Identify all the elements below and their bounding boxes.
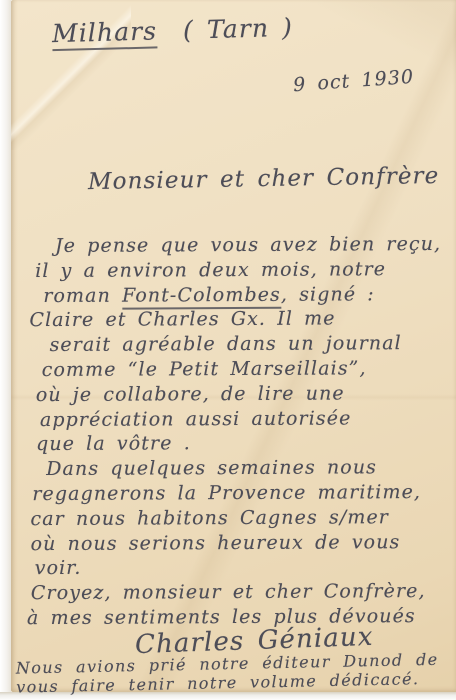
letter-line: Je pense que vous avez bien reçu, — [55, 232, 451, 259]
letter-place-region: ( Tarn ) — [183, 13, 294, 45]
letter-line: Croyez, monsieur et cher Confrère, — [31, 579, 453, 606]
scanned-letter: Milhars( Tarn ) 9 oct 1930 Monsieur et c… — [0, 0, 456, 700]
letter-line-segment: roman — [43, 284, 122, 306]
letter-line: roman Font-Colombes, signé : — [43, 281, 451, 308]
letter-line-underlined-title: Font-Colombes — [122, 283, 281, 309]
letter-line: comme “le Petit Marseillais”, — [42, 356, 452, 383]
letter-line: où je collabore, de lire une — [36, 381, 452, 408]
letter-line: voir. — [35, 554, 453, 581]
letter-body: Je pense que vous avez bien reçu, il y a… — [23, 232, 453, 631]
letter-place-name: Milhars — [52, 16, 158, 51]
scan-margin-left — [0, 0, 11, 700]
letter-line: que la vôtre . — [36, 430, 452, 457]
letter-line: Claire et Charles Gx. Il me — [29, 306, 451, 333]
letter-line: car nous habitons Cagnes s/mer — [30, 505, 452, 532]
letter-line: serait agréable dans un journal — [49, 331, 451, 358]
letter-line: appréciation aussi autorisée — [40, 405, 452, 432]
letter-line: où nous serions heureux de vous — [31, 529, 453, 556]
letter-line-segment: , signé : — [281, 283, 375, 305]
letter-line: Dans quelques semaines nous — [46, 455, 452, 482]
letter-line: il y a environ deux mois, notre — [35, 257, 451, 284]
letter-line: regagnerons la Provence maritime, — [32, 480, 452, 507]
